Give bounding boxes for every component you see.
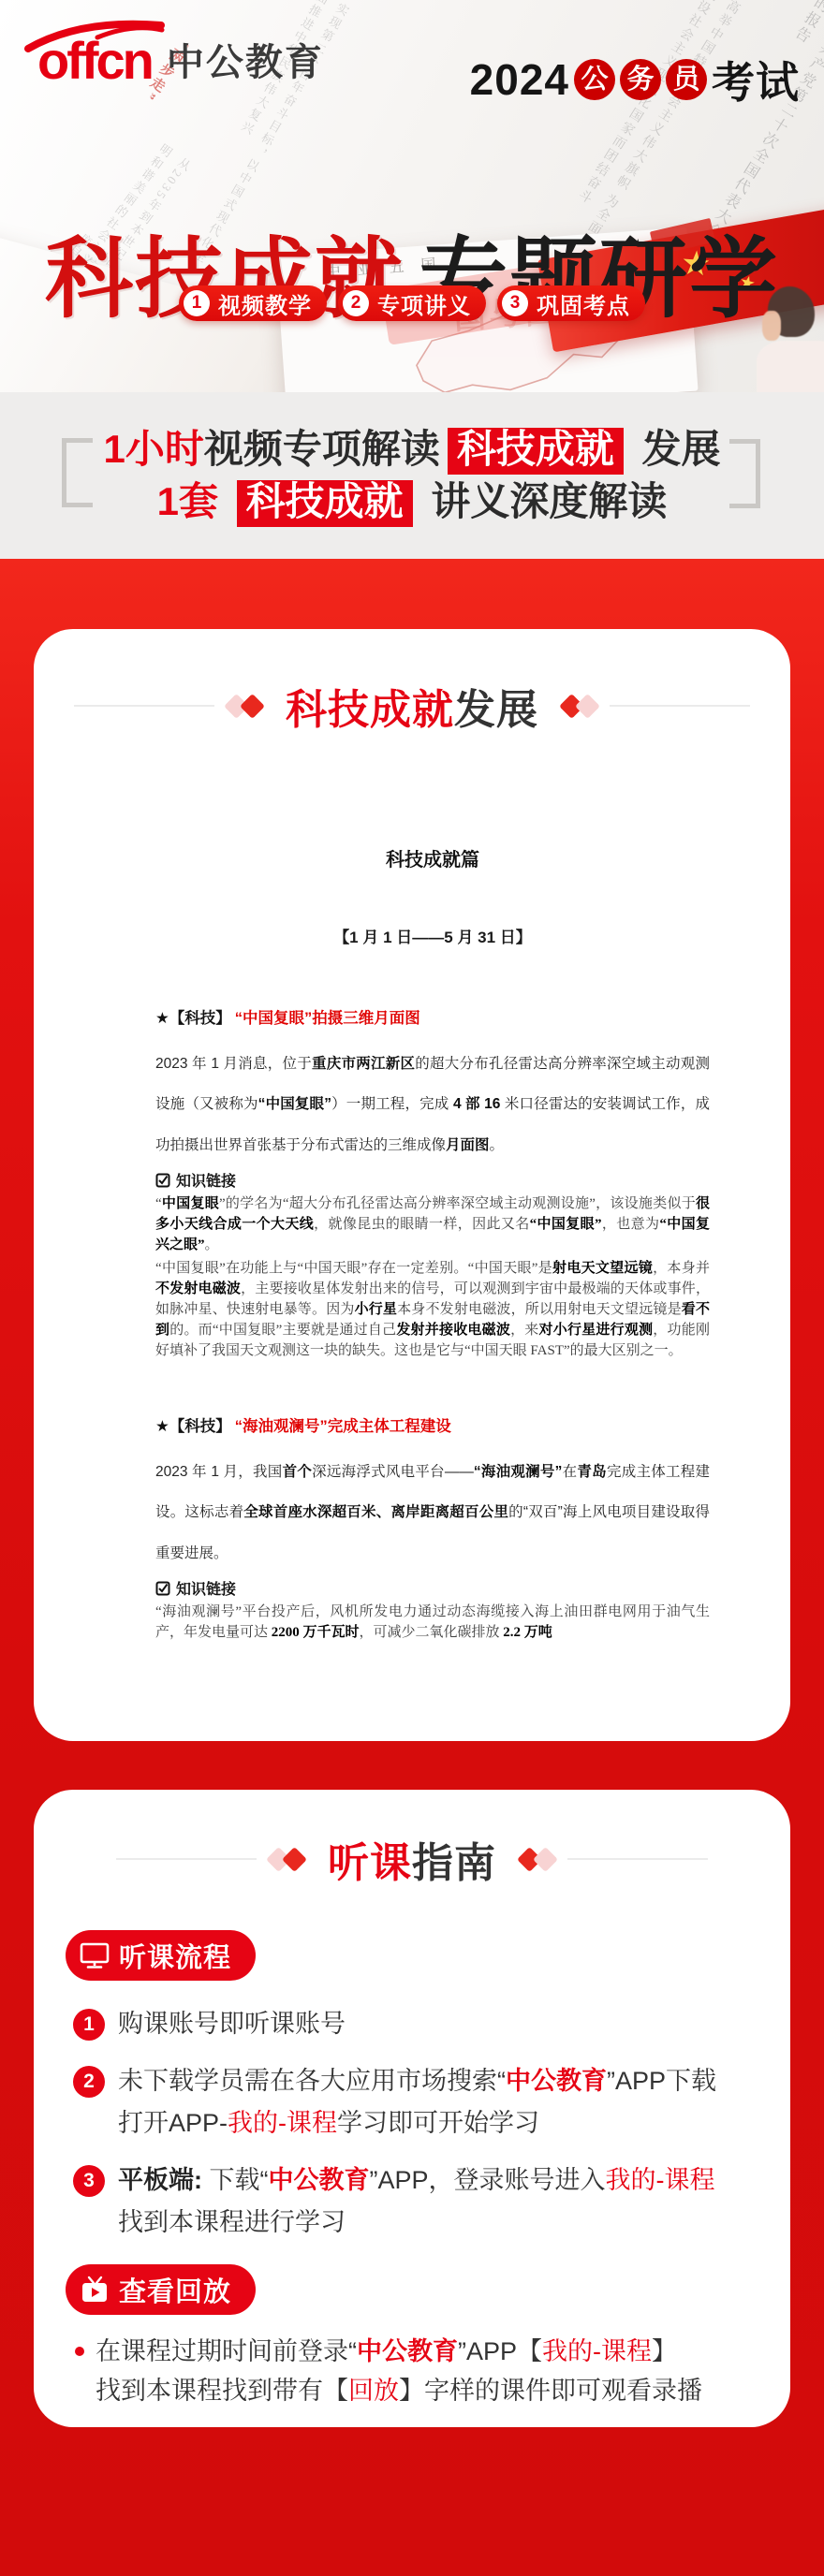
flow-step-2: 2 未下载学员需在各大应用市场搜索“中公教育”APP下载 打开APP-我的-课程…	[73, 2060, 753, 2144]
section-title: 科技成就发展	[286, 676, 538, 736]
bracket-left-decoration	[62, 438, 93, 507]
article-paragraph: 2023 年 1 月，我国首个深远海浮式风电平台——“海油观澜号”在青岛完成主体…	[155, 1452, 710, 1574]
pill-number: 2	[343, 290, 369, 316]
offcn-logo: offcn 中公教育	[37, 32, 324, 90]
course-flow-pill: 听课流程	[66, 1930, 256, 1981]
offcn-logo-latin: offcn	[37, 32, 152, 90]
document-date-range: 【1 月 1 日——5 月 31 日】	[155, 924, 710, 947]
diamond-icon	[240, 694, 265, 719]
pill-label: 巩固考点	[537, 287, 630, 320]
handout-document: 科技成就篇 【1 月 1 日——5 月 31 日】 ★【科技】“中国复眼”拍摄三…	[34, 844, 790, 1643]
heading-line-left	[116, 1858, 257, 1860]
brand-row: offcn 中公教育 2024 公 务 员 考试	[0, 0, 824, 112]
section-title: 听课指南	[328, 1829, 496, 1889]
diamond-icon	[533, 1847, 558, 1872]
article-heading: ★【科技】“海油观澜号”完成主体工程建设	[155, 1413, 710, 1436]
knowledge-paragraph: “海油观澜号”平台投产后，风机所发电力通过动态海缆接入海上油田群电网用于油气生产…	[155, 1602, 710, 1643]
heading-line-left	[74, 705, 214, 707]
step-text: 平板端: 下载“中公教育”APP，登录账号进入我的-课程	[118, 2159, 715, 2202]
feature-pill-handout: 2 专项讲义	[338, 285, 486, 321]
pill-label: 视频教学	[218, 287, 312, 320]
knowledge-paragraph: “中国复眼”在功能上与“中国天眼”存在一定差别。“中国天眼”是射电天文望远镜，本…	[155, 1258, 710, 1361]
step-text: 找到本课程进行学习	[118, 2202, 715, 2244]
promo-page: 中国共产党第二十次全国代表大会上的报告 高举中国特色社会主义伟大旗帜 为全面建设…	[0, 0, 824, 2576]
logo-swoosh-icon	[24, 17, 165, 52]
presenter-shirt	[757, 341, 824, 392]
pill-number: 1	[184, 290, 210, 316]
exam-badge-char: 务	[620, 59, 661, 100]
replay-instructions: 在课程过期时间前登录“中公教育”APP【我的-课程】 找到本课程找到带有【回放】…	[75, 2332, 753, 2410]
heading-line-right	[610, 705, 750, 707]
exam-year: 2024	[470, 54, 569, 105]
promo-banner: 1小时视频专项解读科技成就 发展 1套 科技成就 讲义深度解读	[0, 392, 824, 559]
replay-text: 在课程过期时间前登录“中公教育”APP【我的-课程】	[96, 2332, 702, 2371]
bracket-right-decoration	[729, 439, 760, 508]
promo-line-1: 1小时视频专项解读科技成就 发展	[0, 426, 824, 475]
section-heading: 科技成就发展	[34, 629, 790, 736]
replay-text: 找到本课程找到带有【回放】字样的课件即可观看录播	[96, 2371, 702, 2410]
knowledge-link-label: 知识链接	[155, 1577, 710, 1599]
flow-step-1: 1 购课账号即听课账号	[73, 2003, 753, 2045]
diamond-icon	[575, 694, 600, 719]
exam-suffix: 考试	[712, 49, 800, 110]
step-text: 未下载学员需在各大应用市场搜索“中公教育”APP下载	[118, 2060, 716, 2102]
flow-step-3: 3 平板端: 下载“中公教育”APP，登录账号进入我的-课程 找到本课程进行学习	[73, 2159, 753, 2244]
bullet-dot-icon	[75, 2347, 84, 2356]
tv-play-icon	[80, 2276, 110, 2304]
article-paragraph: 2023 年 1 月消息，位于重庆市两江新区的超大分布孔径雷达高分辨率深空域主动…	[155, 1044, 710, 1166]
heading-line-right	[567, 1858, 708, 1860]
article-heading: ★【科技】“中国复眼”拍摄三维月面图	[155, 1005, 710, 1028]
step-number-badge: 2	[73, 2066, 105, 2098]
feature-pill-row: 1 视频教学 2 专项讲义 3 巩固考点	[0, 285, 824, 321]
offcn-logo-cn: 中公教育	[167, 33, 324, 86]
course-flow-steps: 1 购课账号即听课账号 2 未下载学员需在各大应用市场搜索“中公教育”APP下载…	[34, 2003, 790, 2244]
pill-label: 专项讲义	[377, 287, 471, 320]
red-background-area: 科技成就发展 科技成就篇 【1 月 1 日——5 月 31 日】 ★【科技】“中…	[0, 559, 824, 2576]
exam-title-row: 2024 公 务 员 考试	[470, 49, 800, 110]
feature-pill-video: 1 视频教学	[179, 285, 327, 321]
promo-line-2: 1套 科技成就 讲义深度解读	[0, 478, 824, 527]
feature-pill-exam-points: 3 巩固考点	[497, 285, 645, 321]
tech-achievements-card: 科技成就发展 科技成就篇 【1 月 1 日——5 月 31 日】 ★【科技】“中…	[34, 629, 790, 1741]
pill-number: 3	[502, 290, 528, 316]
checkbox-icon	[155, 1581, 170, 1596]
exam-badge-char: 公	[574, 59, 615, 100]
document-title: 科技成就篇	[155, 844, 710, 871]
step-number-badge: 3	[73, 2165, 105, 2197]
knowledge-link-label: 知识链接	[155, 1169, 710, 1191]
section-heading: 听课指南	[34, 1829, 790, 1889]
knowledge-paragraph: “中国复眼”的学名为“超大分布孔径雷达高分辨率深空域主动观测设施”，该设施类似于…	[155, 1193, 710, 1255]
exam-badge-char: 员	[666, 59, 707, 100]
hero-banner: 中国共产党第二十次全国代表大会上的报告 高举中国特色社会主义伟大旗帜 为全面建设…	[0, 0, 824, 392]
diamond-icon	[282, 1847, 307, 1872]
step-number-badge: 1	[73, 2009, 105, 2041]
step-text: 购课账号即听课账号	[118, 2003, 346, 2045]
listening-guide-card: 听课指南 听课流程 1 购课账号即听课账号	[34, 1790, 790, 2427]
replay-pill: 查看回放	[66, 2264, 256, 2315]
checkbox-icon	[155, 1173, 170, 1188]
monitor-icon	[80, 1941, 110, 1969]
step-text: 打开APP-我的-课程学习即可开始学习	[118, 2102, 716, 2144]
